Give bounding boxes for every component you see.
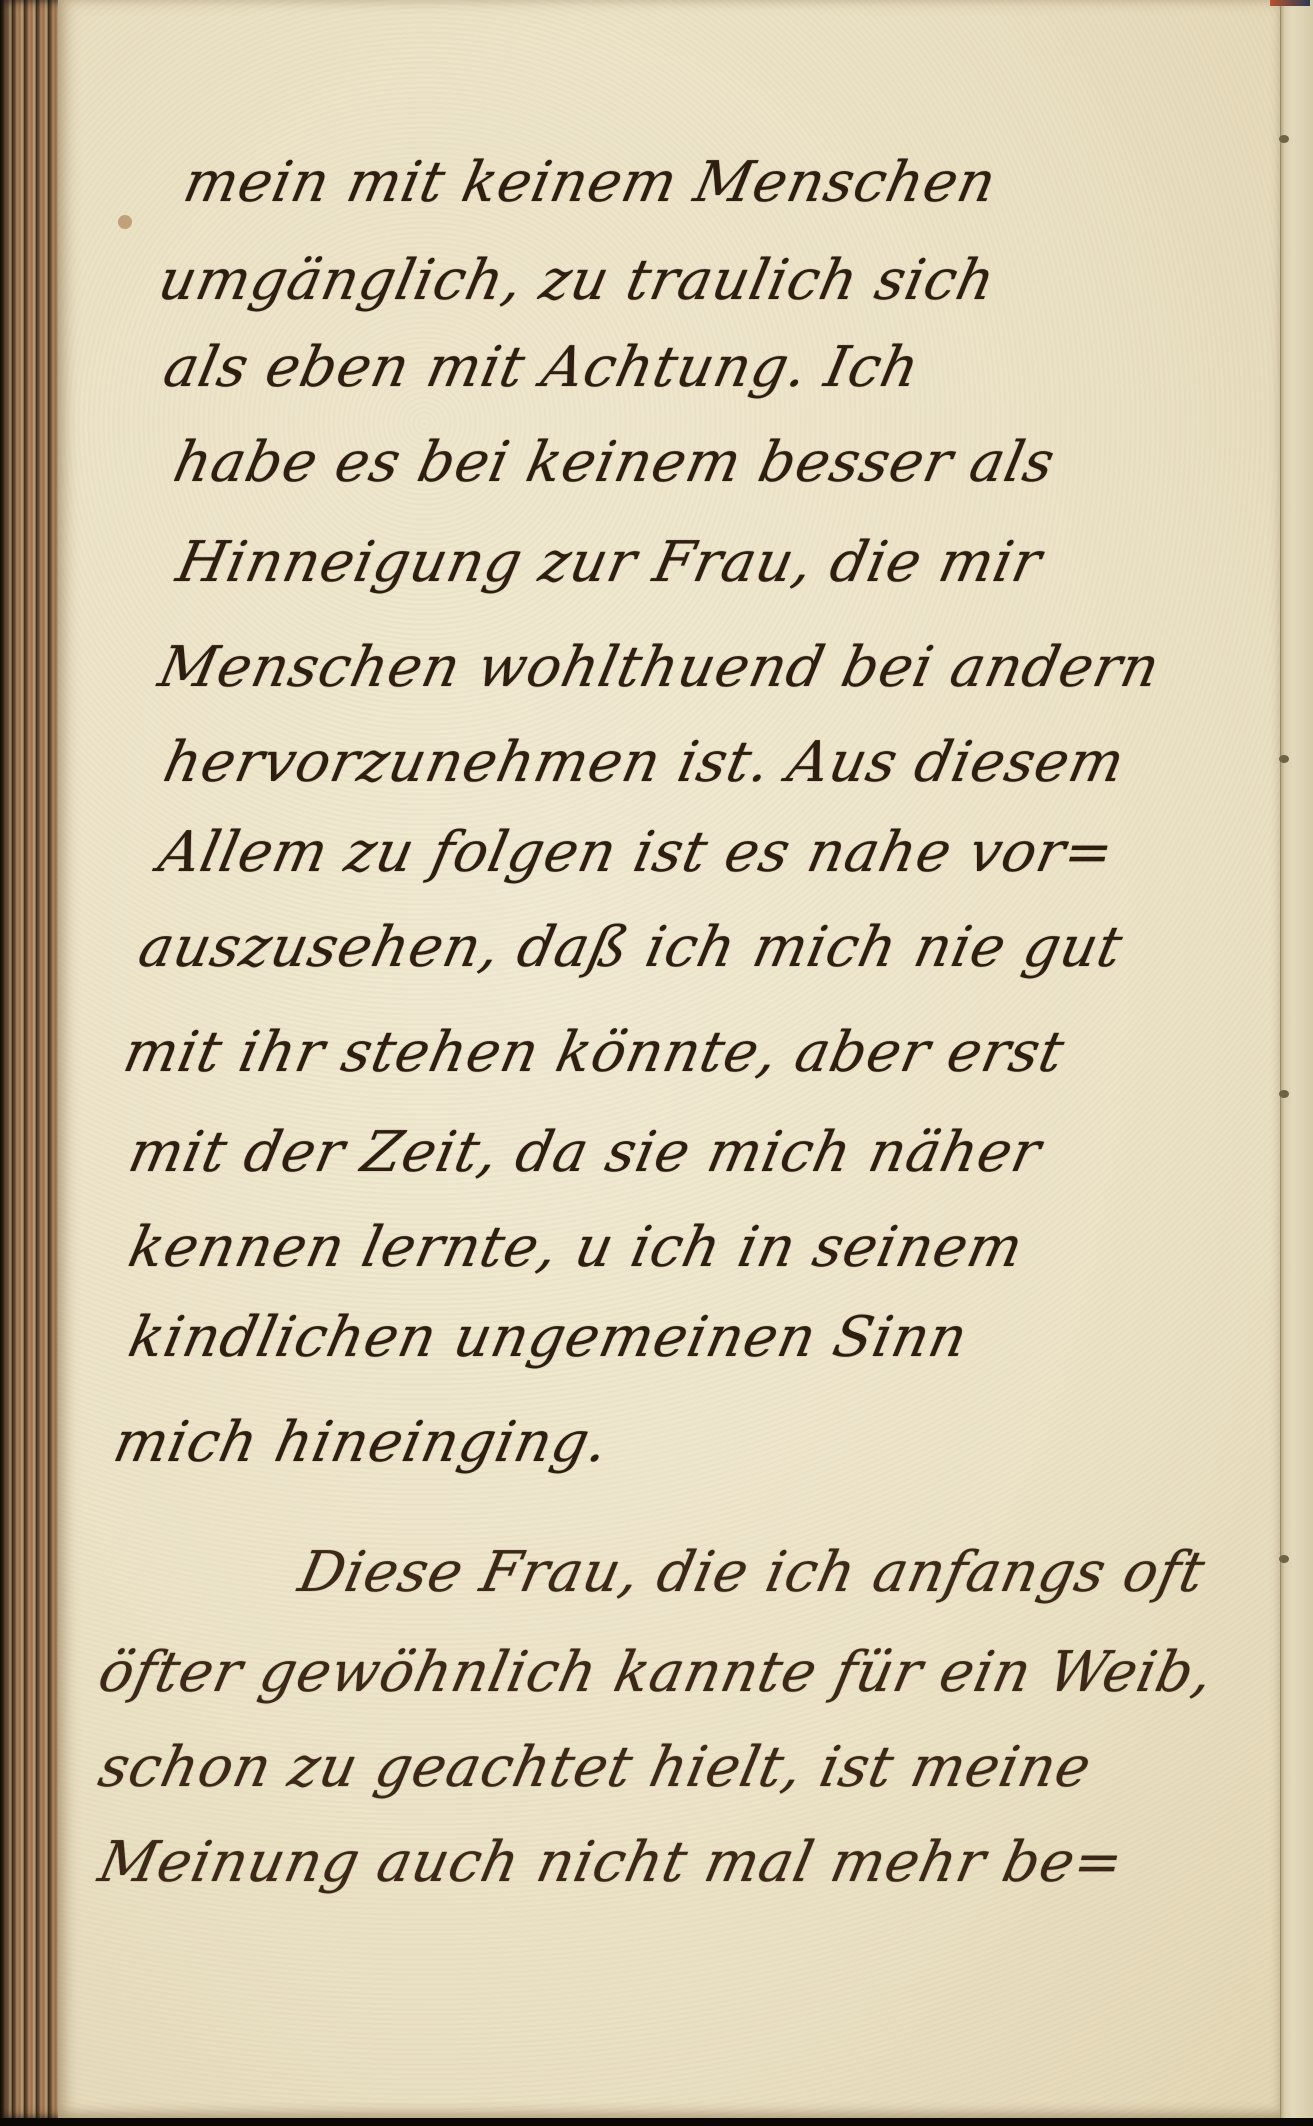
text-line: auszusehen, daß ich mich nie gut xyxy=(133,915,1129,980)
text-line: mit ihr stehen könnte, aber erst xyxy=(118,1020,1070,1085)
text-line: umgänglich, zu traulich sich xyxy=(153,248,1001,313)
text-line: schon zu geachtet hielt, ist meine xyxy=(93,1735,1097,1800)
binding-mark xyxy=(1279,135,1289,143)
page-fold xyxy=(1280,0,1313,2126)
ink-stain xyxy=(118,215,132,229)
binding-mark xyxy=(1279,1555,1289,1563)
text-line: Menschen wohlthuend bei andern xyxy=(153,635,1166,700)
page-block-edges xyxy=(0,0,60,2118)
text-line: öfter gewöhnlich kannte für ein Weib, xyxy=(93,1640,1219,1705)
text-line: habe es bei keinem besser als xyxy=(168,430,1061,495)
text-line: mit der Zeit, da sie mich näher xyxy=(123,1120,1047,1185)
text-line: mich hineinging. xyxy=(108,1410,615,1475)
text-line: mein mit keinem Menschen xyxy=(178,150,1002,215)
binding-mark xyxy=(1279,1090,1289,1098)
text-line: kennen lernte, u ich in seinem xyxy=(123,1215,1029,1280)
scan-border xyxy=(0,2118,1313,2126)
ribbon-marker xyxy=(1270,0,1310,6)
text-line: hervorzunehmen ist. Aus diesem xyxy=(158,730,1131,795)
text-line: kindlichen ungemeinen Sinn xyxy=(123,1305,974,1370)
text-line-paragraph-start: Diese Frau, die ich anfangs oft xyxy=(293,1540,1211,1605)
text-line: als eben mit Achtung. Ich xyxy=(158,335,925,400)
text-line: Meinung auch nicht mal mehr be= xyxy=(93,1830,1129,1895)
binding-mark xyxy=(1279,755,1289,763)
text-line: Hinneigung zur Frau, die mir xyxy=(171,530,1048,595)
text-line: Allem zu folgen ist es nahe vor= xyxy=(153,820,1120,885)
